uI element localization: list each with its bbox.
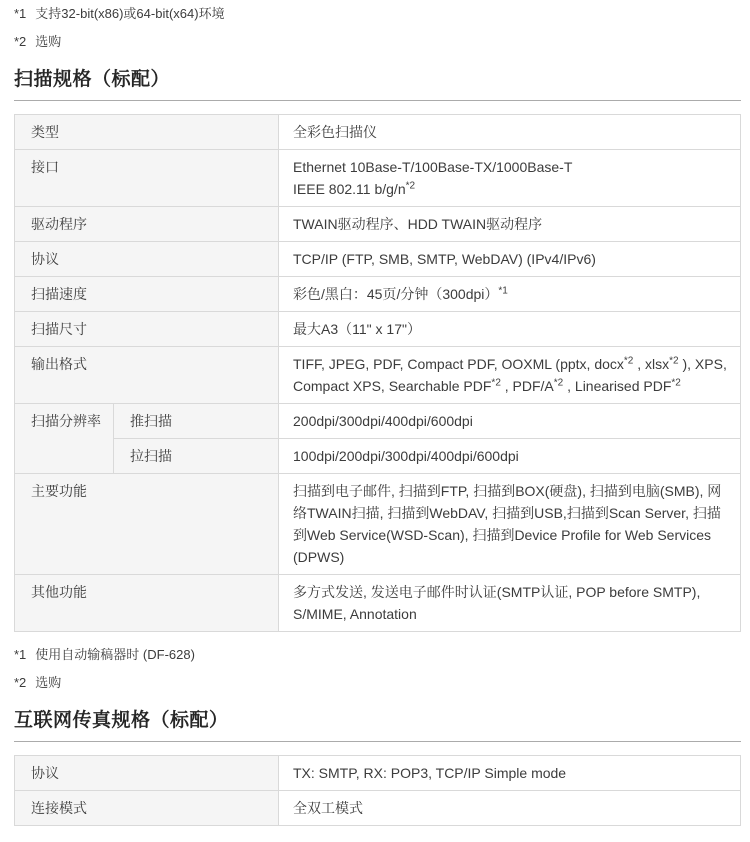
spec-table: 类型全彩色扫描仪接口Ethernet 10Base-T/100Base-TX/1… [14,114,741,632]
spec-value-cell: 100dpi/200dpi/300dpi/400dpi/600dpi [279,439,741,474]
value-text: TX: SMTP, RX: POP3, TCP/IP Simple mode [293,765,566,781]
spec-value-cell: 多方式发送, 发送电子邮件时认证(SMTP认证, POP before SMTP… [279,575,741,632]
superscript-note: *2 [669,355,678,366]
footnote-marker: *2 [14,675,26,690]
spec-value-cell: TX: SMTP, RX: POP3, TCP/IP Simple mode [279,756,741,791]
value-text: TIFF, JPEG, PDF, Compact PDF, OOXML (ppt… [293,356,624,372]
table-row: 主要功能扫描到电子邮件, 扫描到FTP, 扫描到BOX(硬盘), 扫描到电脑(S… [15,474,741,575]
spec-label-cell: 类型 [15,115,279,150]
spec-label-cell: 扫描尺寸 [15,312,279,347]
spec-value-cell: 扫描到电子邮件, 扫描到FTP, 扫描到BOX(硬盘), 扫描到电脑(SMB),… [279,474,741,575]
footnote-marker: *2 [14,34,26,49]
spec-label-cell: 驱动程序 [15,207,279,242]
footnote-text: 使用自动输稿器时 (DF-628) [35,647,195,662]
spec-section: 扫描规格（标配）类型全彩色扫描仪接口Ethernet 10Base-T/100B… [14,67,741,690]
spec-value-cell: 最大A3（11" x 17"） [279,312,741,347]
spec-value-cell: 200dpi/300dpi/400dpi/600dpi [279,404,741,439]
spec-value-cell: TIFF, JPEG, PDF, Compact PDF, OOXML (ppt… [279,347,741,404]
spec-page: *1支持32-bit(x86)或64-bit(x64)环境*2选购 扫描规格（标… [0,0,750,826]
spec-table: 协议TX: SMTP, RX: POP3, TCP/IP Simple mode… [14,755,741,826]
spec-label-cell: 扫描分辨率 [15,404,114,474]
spec-value-cell: 全彩色扫描仪 [279,115,741,150]
spec-section: 互联网传真规格（标配）协议TX: SMTP, RX: POP3, TCP/IP … [14,708,741,826]
footnote-marker: *1 [14,6,26,21]
spec-label-cell: 其他功能 [15,575,279,632]
section-title: 互联网传真规格（标配） [14,708,741,733]
spec-label-cell: 协议 [15,756,279,791]
spec-label-cell: 输出格式 [15,347,279,404]
value-text: Ethernet 10Base-T/100Base-TX/1000Base-T … [293,159,572,197]
section-rule [14,100,741,101]
spec-label-cell: 协议 [15,242,279,277]
table-row: 其他功能多方式发送, 发送电子邮件时认证(SMTP认证, POP before … [15,575,741,632]
table-notes: *1使用自动输稿器时 (DF-628)*2选购 [14,647,741,690]
table-row: 拉扫描100dpi/200dpi/300dpi/400dpi/600dpi [15,439,741,474]
superscript-note: *2 [491,377,500,388]
spec-label-cell: 接口 [15,150,279,207]
footnote: *2选购 [14,675,741,690]
superscript-note: *2 [624,355,633,366]
spec-value-cell: Ethernet 10Base-T/100Base-TX/1000Base-T … [279,150,741,207]
spec-sublabel-cell: 拉扫描 [114,439,279,474]
spec-label-cell: 主要功能 [15,474,279,575]
spec-value-cell: TWAIN驱动程序、HDD TWAIN驱动程序 [279,207,741,242]
table-row: 扫描速度彩色/黑白：45页/分钟（300dpi）*1 [15,277,741,312]
footnote: *2选购 [14,34,741,49]
spec-value-cell: 全双工模式 [279,791,741,826]
section-rule [14,741,741,742]
table-row: 驱动程序TWAIN驱动程序、HDD TWAIN驱动程序 [15,207,741,242]
value-text: 全彩色扫描仪 [293,124,377,140]
section-title: 扫描规格（标配） [14,67,741,92]
table-row: 输出格式TIFF, JPEG, PDF, Compact PDF, OOXML … [15,347,741,404]
value-text: 扫描到电子邮件, 扫描到FTP, 扫描到BOX(硬盘), 扫描到电脑(SMB),… [293,483,721,565]
table-row: 接口Ethernet 10Base-T/100Base-TX/1000Base-… [15,150,741,207]
spec-value-cell: TCP/IP (FTP, SMB, SMTP, WebDAV) (IPv4/IP… [279,242,741,277]
value-text: , xlsx [633,356,669,372]
footnote-marker: *1 [14,647,26,662]
table-row: 协议TX: SMTP, RX: POP3, TCP/IP Simple mode [15,756,741,791]
footnote-text: 支持32-bit(x86)或64-bit(x64)环境 [35,6,224,21]
footnote-text: 选购 [35,34,61,49]
footnote: *1使用自动输稿器时 (DF-628) [14,647,741,662]
page-top-notes: *1支持32-bit(x86)或64-bit(x64)环境*2选购 [14,6,741,49]
value-text: 最大A3（11" x 17"） [293,321,421,337]
table-row: 扫描尺寸最大A3（11" x 17"） [15,312,741,347]
spec-sublabel-cell: 推扫描 [114,404,279,439]
table-row: 类型全彩色扫描仪 [15,115,741,150]
spec-sections: 扫描规格（标配）类型全彩色扫描仪接口Ethernet 10Base-T/100B… [14,67,741,826]
superscript-note: *2 [671,377,680,388]
value-text: 彩色/黑白：45页/分钟（300dpi） [293,286,498,302]
value-text: TCP/IP (FTP, SMB, SMTP, WebDAV) (IPv4/IP… [293,251,596,267]
value-text: TWAIN驱动程序、HDD TWAIN驱动程序 [293,216,542,232]
superscript-note: *2 [554,377,563,388]
footnote: *1支持32-bit(x86)或64-bit(x64)环境 [14,6,741,21]
spec-value-cell: 彩色/黑白：45页/分钟（300dpi）*1 [279,277,741,312]
superscript-note: *1 [498,285,507,296]
table-row: 连接模式全双工模式 [15,791,741,826]
footnote-text: 选购 [35,675,61,690]
value-text: , PDF/A [501,378,554,394]
value-text: 200dpi/300dpi/400dpi/600dpi [293,413,473,429]
value-text: 全双工模式 [293,800,363,816]
value-text: 多方式发送, 发送电子邮件时认证(SMTP认证, POP before SMTP… [293,584,700,622]
value-text: , Linearised PDF [563,378,671,394]
spec-label-cell: 扫描速度 [15,277,279,312]
table-row: 协议TCP/IP (FTP, SMB, SMTP, WebDAV) (IPv4/… [15,242,741,277]
spec-label-cell: 连接模式 [15,791,279,826]
value-text: 100dpi/200dpi/300dpi/400dpi/600dpi [293,448,519,464]
superscript-note: *2 [406,180,415,191]
table-row: 扫描分辨率推扫描200dpi/300dpi/400dpi/600dpi [15,404,741,439]
